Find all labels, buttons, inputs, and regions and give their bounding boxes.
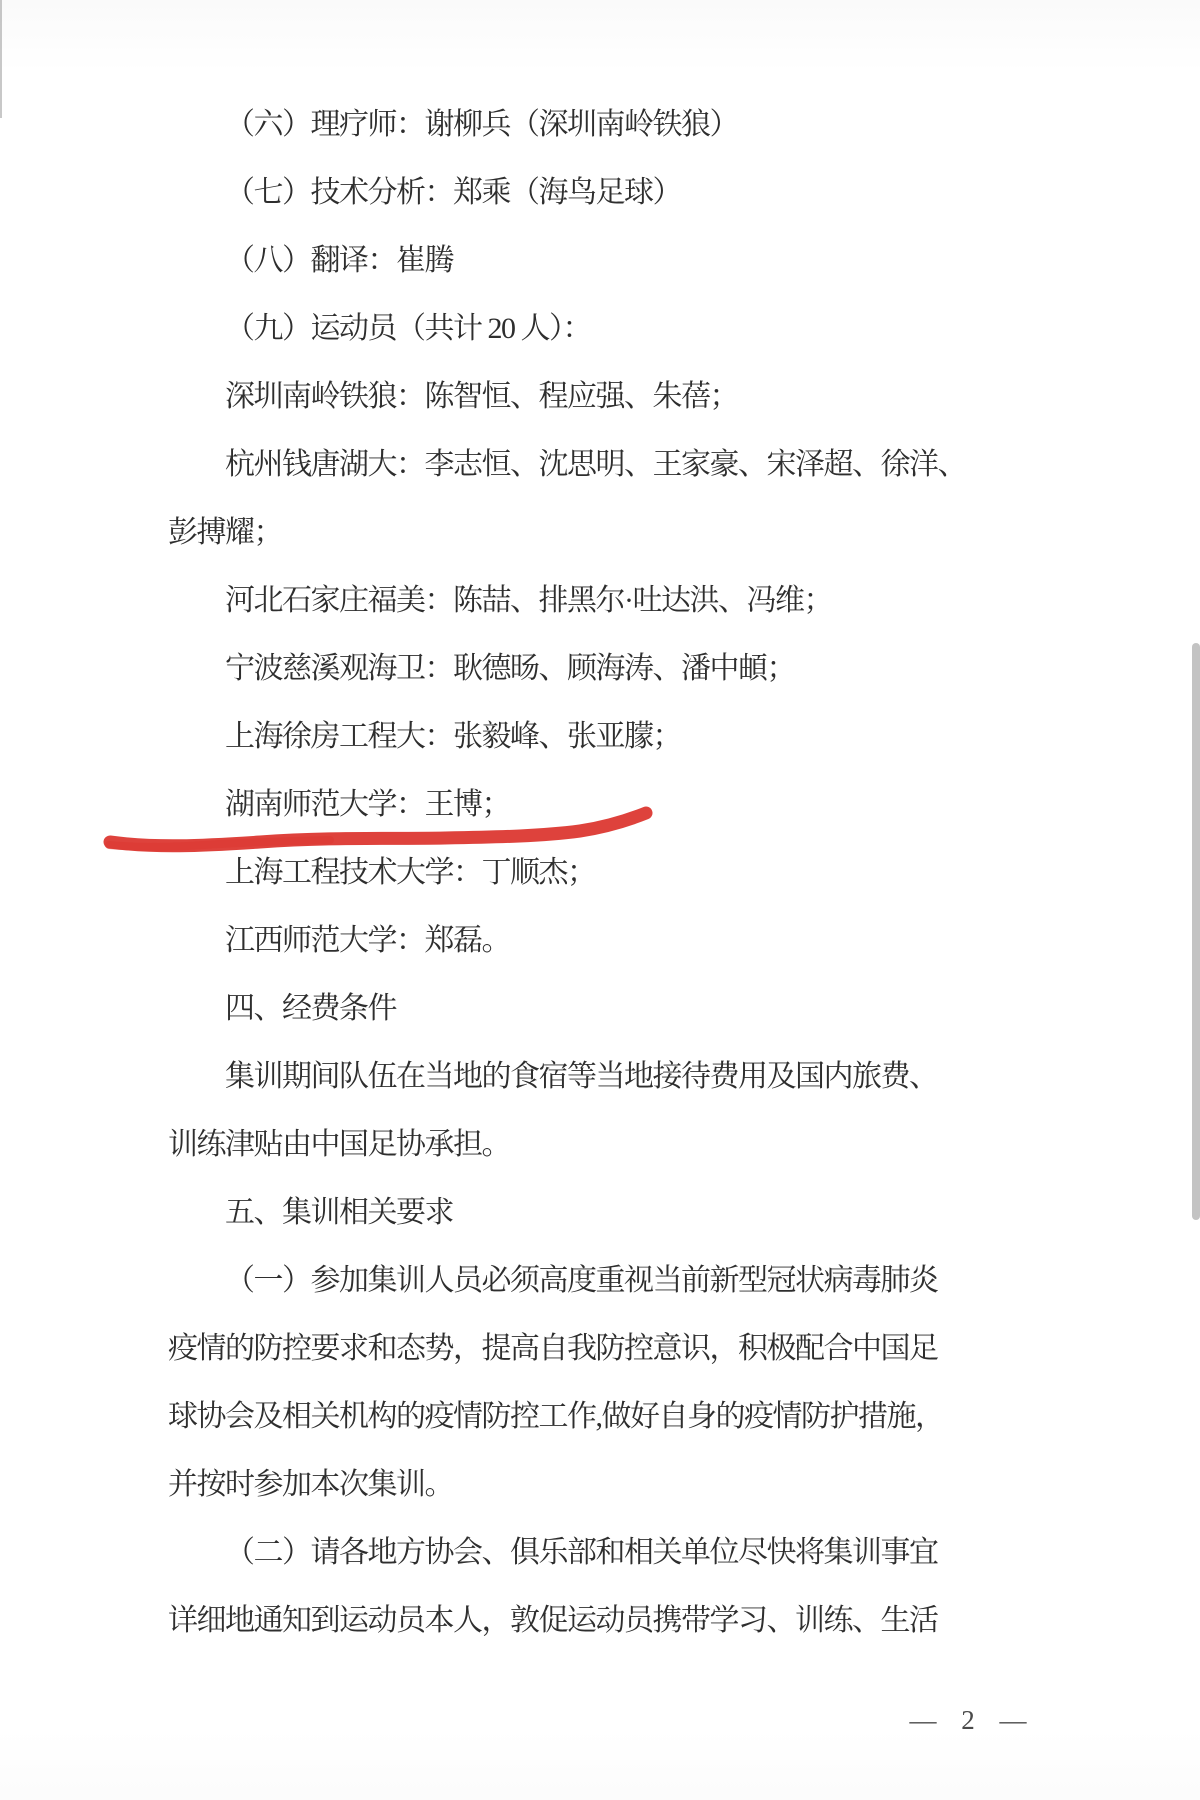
document-line: （八）翻译：崔腾 xyxy=(168,227,958,295)
page-number: — 2 — xyxy=(890,1705,1050,1736)
document-line: 球协会及相关机构的疫情防控工作,做好自身的疫情防护措施， xyxy=(168,1383,958,1451)
document-line: （二）请各地方协会、俱乐部和相关单位尽快将集训事宜 xyxy=(168,1519,958,1587)
document-line: 四、经费条件 xyxy=(168,975,958,1043)
document-line: （一）参加集训人员必须高度重视当前新型冠状病毒肺炎 xyxy=(168,1247,958,1315)
document-line: 详细地通知到运动员本人，敦促运动员携带学习、训练、生活 xyxy=(168,1587,958,1655)
document-line: （九）运动员（共计 20 人）： xyxy=(168,295,958,363)
document-line: 河北石家庄福美：陈喆、排黑尔·吐达洪、冯维； xyxy=(168,567,958,635)
document-line: 并按时参加本次集训。 xyxy=(168,1451,958,1519)
document-line: 集训期间队伍在当地的食宿等当地接待费用及国内旅费、 xyxy=(168,1043,958,1111)
scan-edge-artifact xyxy=(0,0,2,118)
document-line: 彭搏耀； xyxy=(168,499,958,567)
document-line: （六）理疗师：谢柳兵（深圳南岭铁狼） xyxy=(168,91,958,159)
document-body: （六）理疗师：谢柳兵（深圳南岭铁狼）（七）技术分析：郑乘（海鸟足球）（八）翻译：… xyxy=(168,91,958,1655)
document-line: 五、集训相关要求 xyxy=(168,1179,958,1247)
document-line: 上海徐房工程大：张毅峰、张亚朦； xyxy=(168,703,958,771)
document-line: 宁波慈溪观海卫：耿德旸、顾海涛、潘中頔； xyxy=(168,635,958,703)
scrollbar-thumb[interactable] xyxy=(1192,643,1200,1220)
document-line: （七）技术分析：郑乘（海鸟足球） xyxy=(168,159,958,227)
document-line: 训练津贴由中国足协承担。 xyxy=(168,1111,958,1179)
scanned-page: { "colors": { "text-ink": "#2e2e2e", "un… xyxy=(0,0,1200,1800)
document-line: 湖南师范大学：王博； xyxy=(168,771,958,839)
document-line: 疫情的防控要求和态势，提高自我防控意识，积极配合中国足 xyxy=(168,1315,958,1383)
document-line: 杭州钱唐湖大：李志恒、沈思明、王家豪、宋泽超、徐洋、 xyxy=(168,431,958,499)
document-line: 深圳南岭铁狼：陈智恒、程应强、朱蓓； xyxy=(168,363,958,431)
document-line: 江西师范大学：郑磊。 xyxy=(168,907,958,975)
document-line: 上海工程技术大学：丁顺杰； xyxy=(168,839,958,907)
